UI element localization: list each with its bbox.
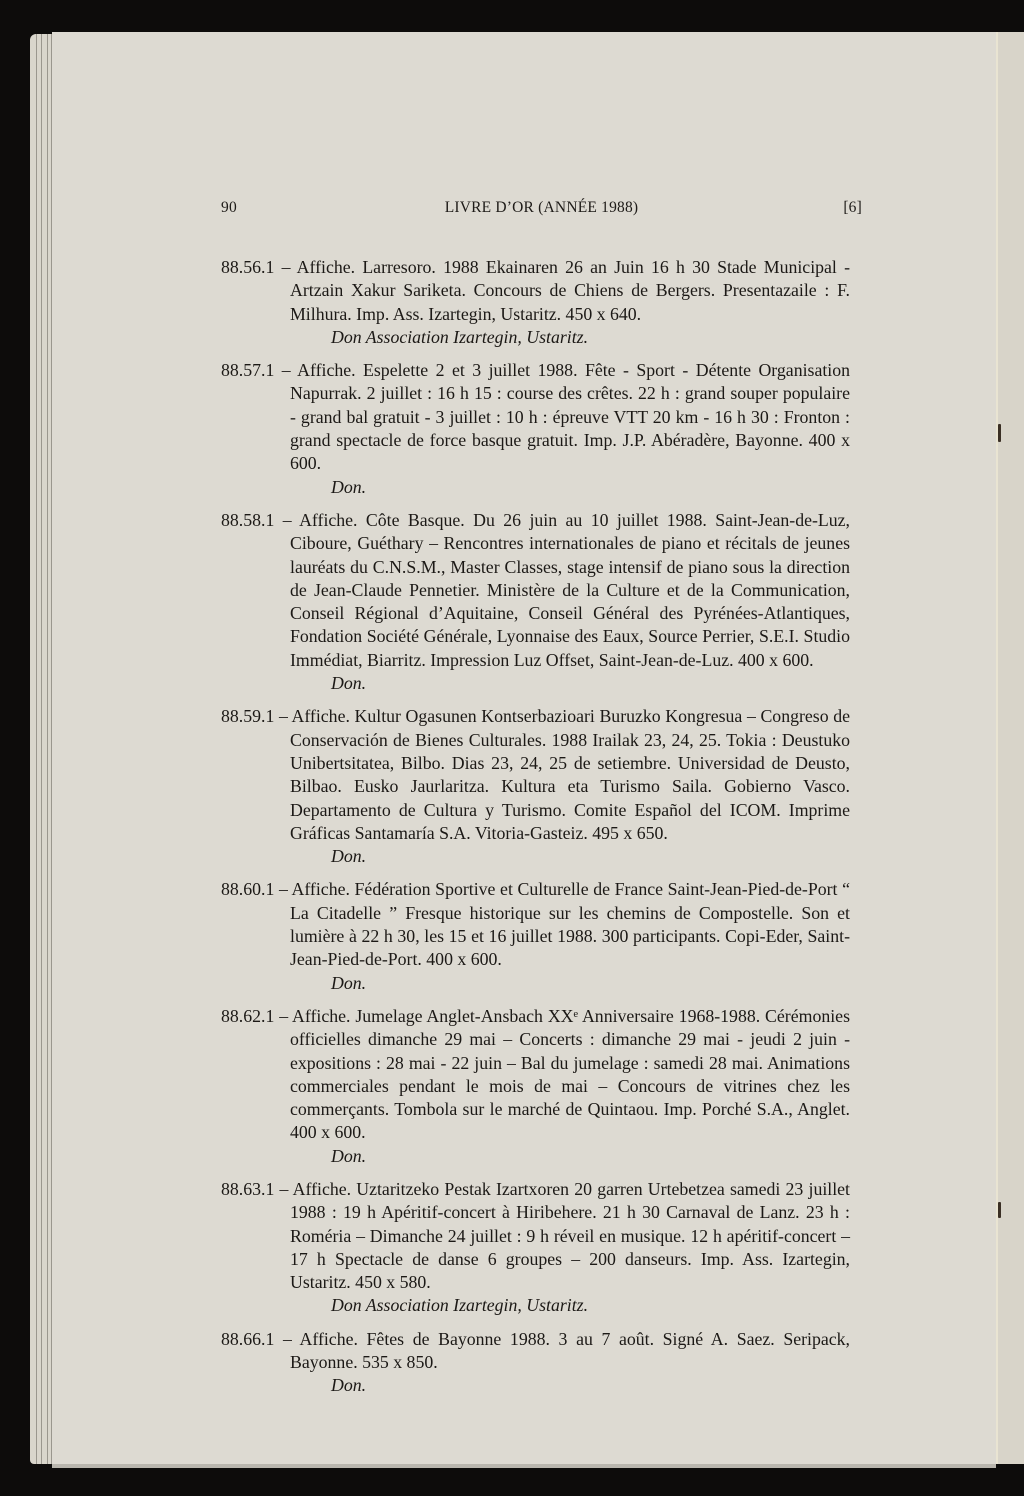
entry-number: 88.66.1 <box>221 1329 274 1349</box>
entry-donor: Don. <box>221 1374 850 1397</box>
page-edge-line <box>36 34 37 1464</box>
entry-description: – Affiche. Larresoro. 1988 Ekainaren 26 … <box>282 257 850 324</box>
entry-description: – Affiche. Fédération Sportive et Cultur… <box>279 879 850 969</box>
catalog-entry: 88.58.1 – Affiche. Côte Basque. Du 26 ju… <box>221 509 850 695</box>
margin-mark <box>998 1202 1001 1218</box>
entry-donor: Don. <box>221 972 850 995</box>
entry-description: – Affiche. Fêtes de Bayonne 1988. 3 au 7… <box>283 1329 850 1372</box>
entry-donor: Don. <box>221 476 850 499</box>
entry-description: – Affiche. Côte Basque. Du 26 juin au 10… <box>283 510 850 670</box>
section-marker: [6] <box>843 199 862 217</box>
entry-donor: Don. <box>221 1145 850 1168</box>
entry-description: – Affiche. Uztaritzeko Pestak Izartxoren… <box>280 1179 850 1292</box>
catalog-entry: 88.56.1 – Affiche. Larresoro. 1988 Ekain… <box>221 256 850 349</box>
entry-number: 88.62.1 <box>221 1006 274 1026</box>
page-title: LIVRE D’OR (ANNÉE 1988) <box>221 199 862 217</box>
catalog-entries: 88.56.1 – Affiche. Larresoro. 1988 Ekain… <box>221 256 850 1408</box>
page-edge-line <box>47 34 48 1464</box>
entry-donor: Don. <box>221 845 850 868</box>
entry-number: 88.63.1 <box>221 1179 274 1199</box>
catalog-entry: 88.66.1 – Affiche. Fêtes de Bayonne 1988… <box>221 1328 850 1398</box>
entry-donor: Don Association Izartegin, Ustaritz. <box>221 326 850 349</box>
page-edge-line <box>41 34 42 1464</box>
entry-description: – Affiche. Espelette 2 et 3 juillet 1988… <box>282 360 850 473</box>
entry-number: 88.56.1 <box>221 257 274 277</box>
margin-mark <box>998 424 1001 442</box>
catalog-entry: 88.63.1 – Affiche. Uztaritzeko Pestak Iz… <box>221 1178 850 1318</box>
catalog-entry: 88.57.1 – Affiche. Espelette 2 et 3 juil… <box>221 359 850 499</box>
entry-number: 88.59.1 <box>221 706 274 726</box>
entry-description: – Affiche. Kultur Ogasunen Kontserbazioa… <box>279 706 850 842</box>
entry-number: 88.60.1 <box>221 879 274 899</box>
next-page-edge <box>996 32 1024 1464</box>
entry-number: 88.57.1 <box>221 360 274 380</box>
entry-donor: Don Association Izartegin, Ustaritz. <box>221 1294 850 1317</box>
catalog-entry: 88.60.1 – Affiche. Fédération Sportive e… <box>221 878 850 994</box>
catalog-entry: 88.59.1 – Affiche. Kultur Ogasunen Konts… <box>221 705 850 868</box>
entry-donor: Don. <box>221 672 850 695</box>
entry-number: 88.58.1 <box>221 510 274 530</box>
entry-description: – Affiche. Jumelage Anglet-Ansbach XXᵉ A… <box>279 1006 850 1142</box>
running-head: 90 LIVRE D’OR (ANNÉE 1988) [6] <box>221 199 862 219</box>
catalog-entry: 88.62.1 – Affiche. Jumelage Anglet-Ansba… <box>221 1005 850 1168</box>
